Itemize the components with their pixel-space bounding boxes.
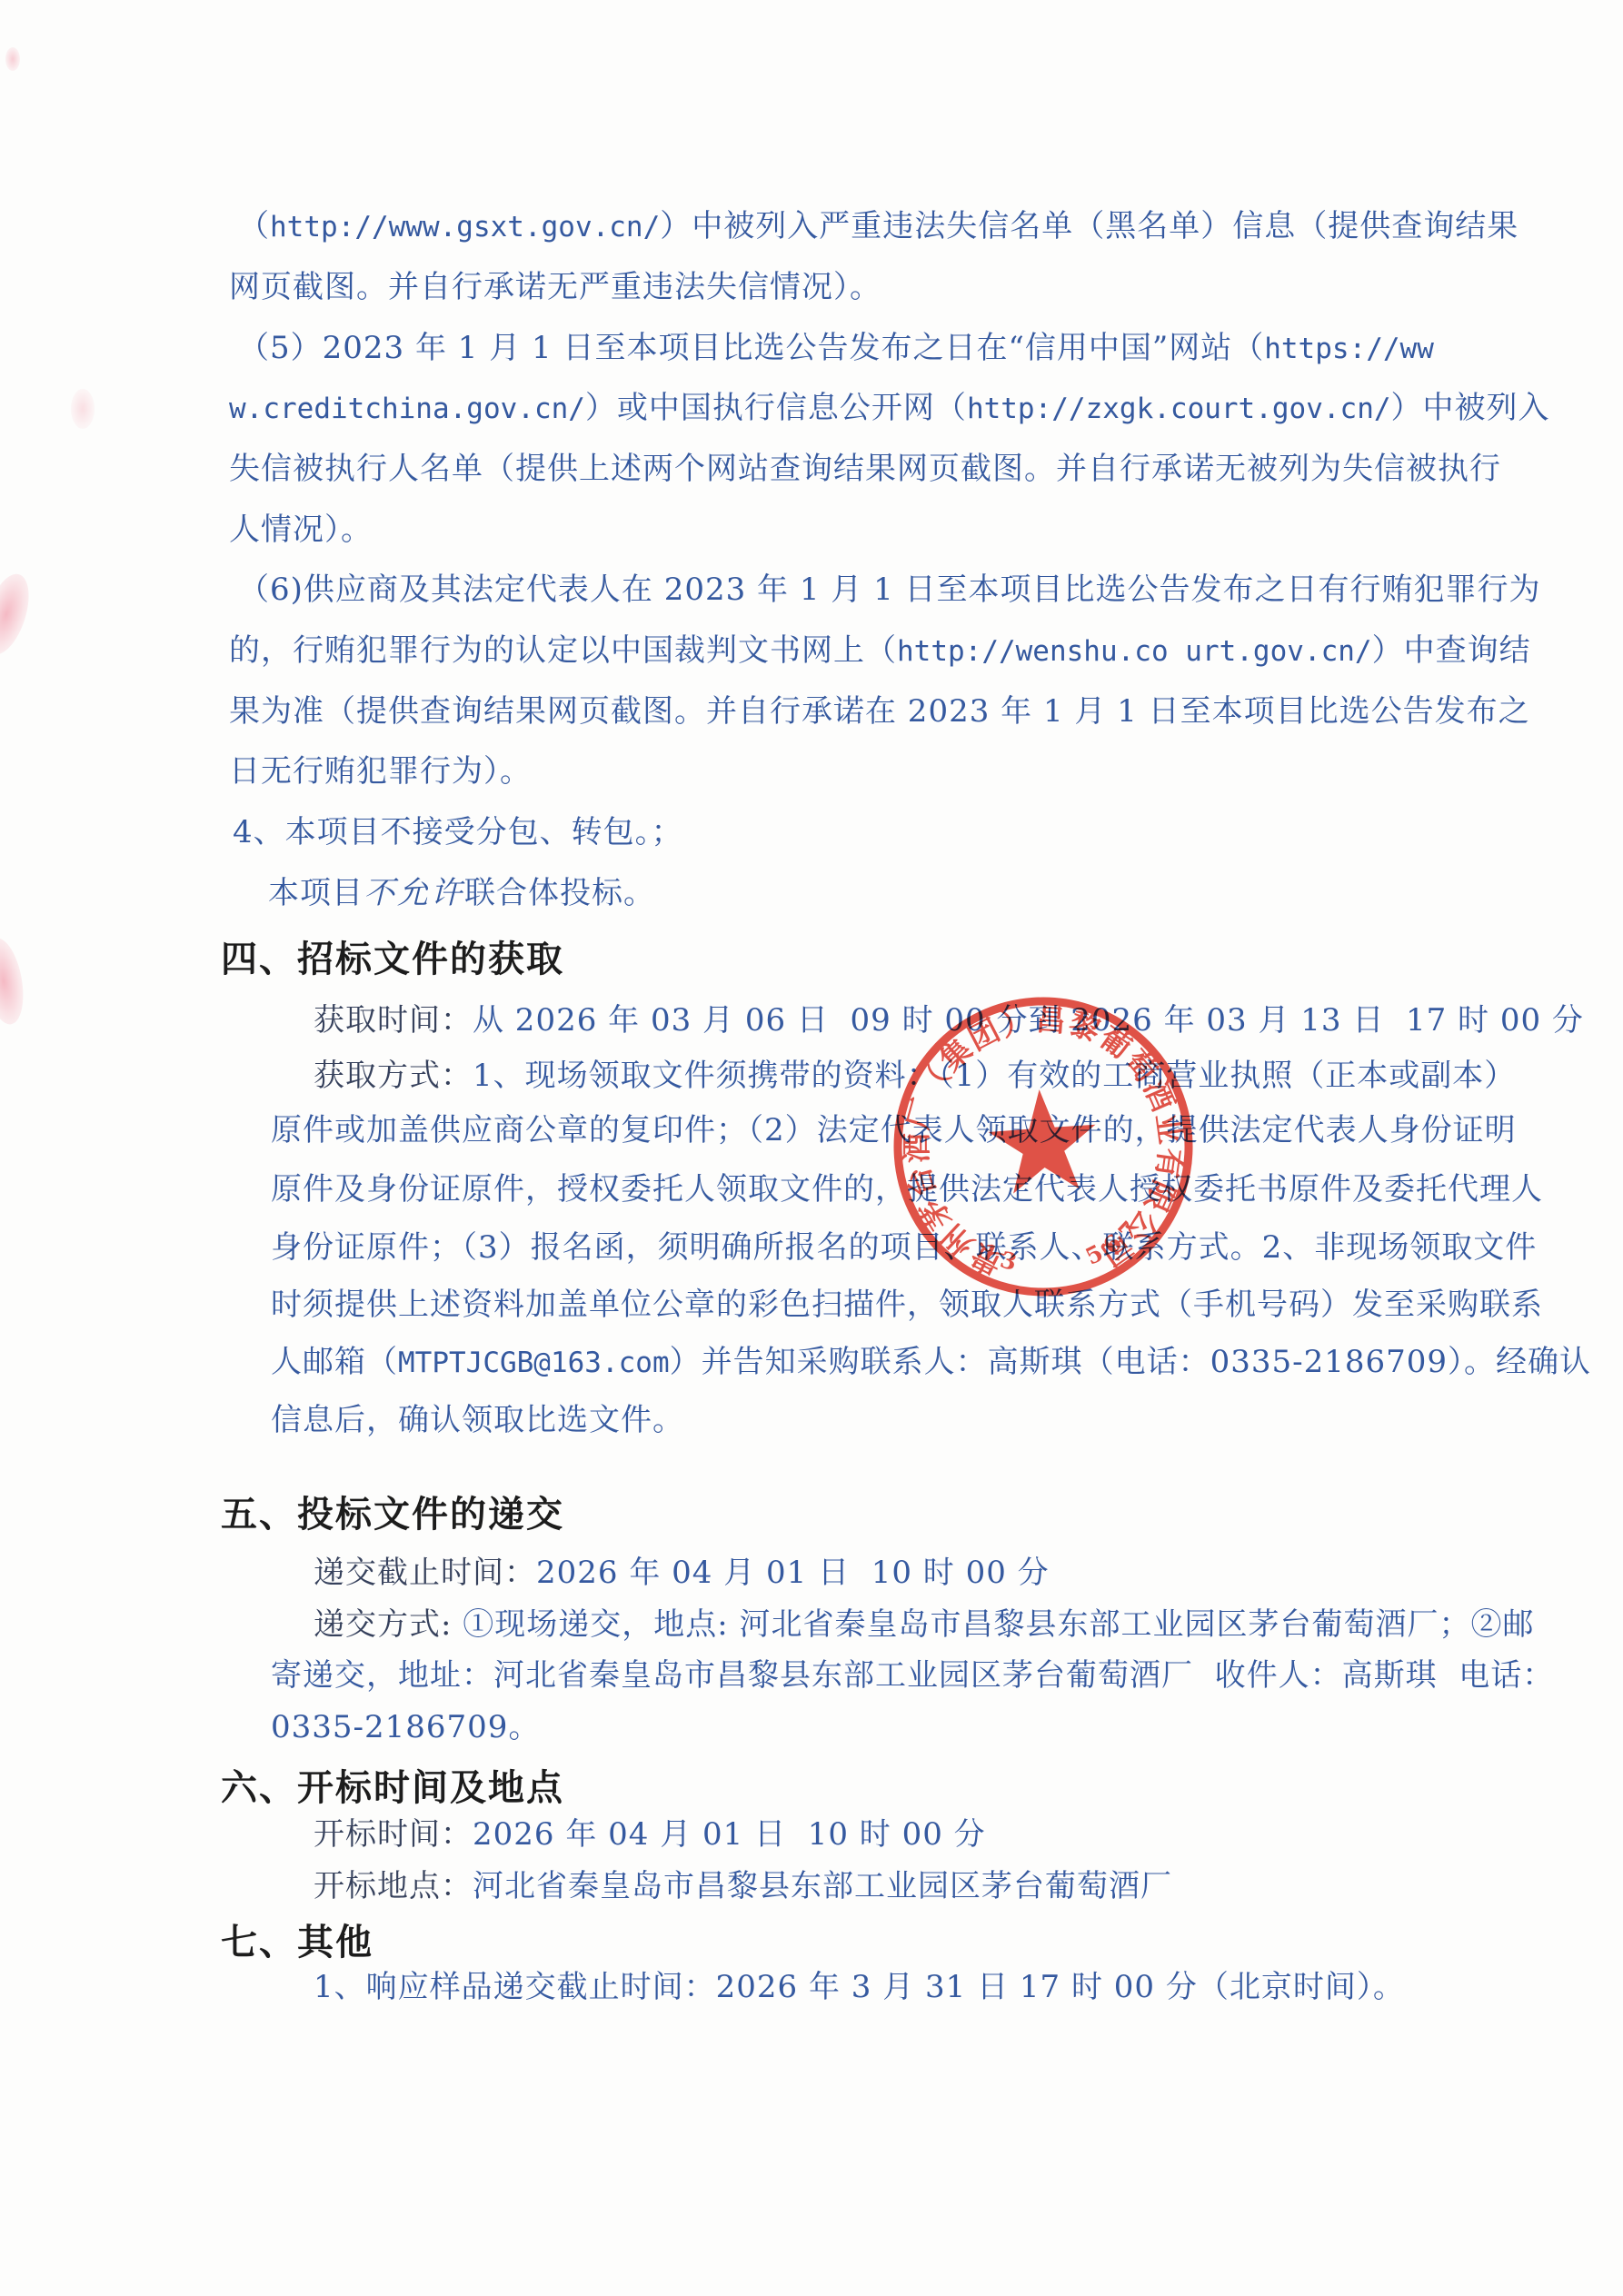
text-segment: 1、响应样品递交截止时间：2026 年 3 月 31 日 17 时 00 分（北… bbox=[314, 1969, 1405, 2005]
text-segment: 开标地点： bbox=[314, 1868, 473, 1904]
list-item-line: 4、本项目不接受分包、转包。； bbox=[233, 810, 683, 854]
text-segment: 六、开标时间及地点 bbox=[221, 1768, 564, 1808]
url-text: http://wenshu.co urt.gov.cn/ bbox=[897, 635, 1372, 668]
paragraph-line: 果为准（提供查询结果网页截图。并自行承诺在 2023 年 1 月 1 日至本项目… bbox=[229, 690, 1530, 733]
section-heading-4: 四、招标文件的获取 bbox=[221, 938, 564, 981]
text-segment: ①现场递交，地点: 河北省秦皇岛市昌黎县东部工业园区茅台葡萄酒厂；②邮 bbox=[452, 1606, 1534, 1643]
text-segment: （6)供应商及其法定代表人在 2023 年 1 月 1 日至本项目比选公告发布之… bbox=[238, 572, 1541, 608]
paragraph-line: 日无行贿犯罪行为）。 bbox=[229, 750, 532, 793]
text-segment: 寄递交，地址：河北省秦皇岛市昌黎县东部工业园区茅台葡萄酒厂 收件人：高斯琪 电话… bbox=[271, 1657, 1554, 1694]
text-segment: 从 2026 年 03 月 06 日 09 时 00 分到 2026 年 03 … bbox=[473, 1002, 1584, 1039]
field-line: 获取时间：从 2026 年 03 月 06 日 09 时 00 分到 2026 … bbox=[314, 999, 1584, 1042]
field-line: 递交方式: ①现场递交，地点: 河北省秦皇岛市昌黎县东部工业园区茅台葡萄酒厂；②… bbox=[314, 1603, 1535, 1646]
text-segment: 递交截止时间： bbox=[314, 1555, 536, 1591]
text-segment: （5）2023 年 1 月 1 日至本项目比选公告发布之日在“信用中国”网站（ bbox=[238, 330, 1264, 366]
paragraph-line: 寄递交，地址：河北省秦皇岛市昌黎县东部工业园区茅台葡萄酒厂 收件人：高斯琪 电话… bbox=[271, 1654, 1554, 1697]
field-line: 开标地点：河北省秦皇岛市昌黎县东部工业园区茅台葡萄酒厂 bbox=[314, 1864, 1172, 1908]
text-segment: 日无行贿犯罪行为）。 bbox=[229, 753, 532, 790]
paragraph-line: （5）2023 年 1 月 1 日至本项目比选公告发布之日在“信用中国”网站（h… bbox=[238, 326, 1434, 371]
text-segment: 开标时间： bbox=[314, 1816, 473, 1853]
paragraph-line: 时须提供上述资料加盖单位公章的彩色扫描件，领取人联系方式（手机号码）发至采购联系 bbox=[271, 1283, 1543, 1327]
document-page: （http://www.gsxt.gov.cn/）中被列入严重违法失信名单（黑名… bbox=[0, 0, 1623, 2296]
section-heading-7: 七、其他 bbox=[221, 1921, 373, 1964]
paragraph-line: 身份证原件；（3）报名函，须明确所报名的项目、联系人、联系方式。2、非现场领取文… bbox=[271, 1226, 1537, 1269]
url-text: http://zxgk.court.gov.cn/ bbox=[967, 393, 1391, 425]
url-text: w.creditchina.gov.cn/ bbox=[229, 393, 585, 425]
paragraph-line: 网页截图。并自行承诺无严重违法失信情况）。 bbox=[229, 265, 881, 309]
paragraph-line: 原件或加盖供应商公章的复印件；（2）法定代表人领取文件的，提供法定代表人身份证明 bbox=[271, 1108, 1517, 1152]
text-segment: 七、其他 bbox=[221, 1923, 373, 1963]
paragraph-line: （6)供应商及其法定代表人在 2023 年 1 月 1 日至本项目比选公告发布之… bbox=[238, 568, 1541, 611]
text-segment: 时须提供上述资料加盖单位公章的彩色扫描件，领取人联系方式（手机号码）发至采购联系 bbox=[271, 1287, 1543, 1323]
paragraph-line: 人情况）。 bbox=[229, 508, 373, 552]
text-segment: 0335-2186709。 bbox=[271, 1709, 540, 1745]
text-segment: 五、投标文件的递交 bbox=[221, 1495, 564, 1535]
section-heading-5: 五、投标文件的递交 bbox=[221, 1493, 564, 1536]
text-segment: 身份证原件；（3）报名函，须明确所报名的项目、联系人、联系方式。2、非现场领取文… bbox=[271, 1229, 1537, 1266]
paragraph-line: 0335-2186709。 bbox=[271, 1705, 540, 1749]
text-segment: 联合体投标。 bbox=[464, 875, 655, 911]
scan-smudge bbox=[0, 569, 37, 660]
text-segment: 原件及身份证原件，授权委托人领取文件的，提供法定代表人授权委托书原件及委托代理人 bbox=[271, 1171, 1543, 1208]
scan-smudge bbox=[0, 935, 29, 1027]
paragraph-line: 失信被执行人名单（提供上述两个网站查询结果网页截图。并自行承诺无被列为失信被执行 bbox=[229, 447, 1501, 491]
paragraph-line: w.creditchina.gov.cn/）或中国执行信息公开网（http://… bbox=[229, 386, 1550, 431]
paragraph-line: 人邮箱（MTPTJCGB@163.com）并告知采购联系人：高斯琪（电话：033… bbox=[271, 1340, 1591, 1385]
text-segment: 获取时间： bbox=[314, 1002, 473, 1039]
text-segment: ）中被列入严重违法失信名单（黑名单）信息（提供查询结果 bbox=[660, 208, 1518, 244]
field-line: 开标时间：2026 年 04 月 01 日 10 时 00 分 bbox=[314, 1813, 986, 1856]
text-segment: 人情况）。 bbox=[229, 512, 373, 548]
text-segment: 果为准（提供查询结果网页截图。并自行承诺在 2023 年 1 月 1 日至本项目… bbox=[229, 693, 1530, 730]
url-text: https://ww bbox=[1264, 333, 1434, 365]
text-segment: 递交方式: bbox=[314, 1606, 452, 1643]
text-segment: 网页截图。并自行承诺无严重违法失信情况）。 bbox=[229, 269, 881, 305]
text-segment: ）或中国执行信息公开网（ bbox=[585, 390, 967, 426]
text-segment: 本项目 bbox=[268, 875, 363, 911]
text-segment: 河北省秦皇岛市昌黎县东部工业园区茅台葡萄酒厂 bbox=[473, 1868, 1172, 1904]
url-text: http://www.gsxt.gov.cn/ bbox=[270, 211, 660, 244]
text-segment: 不允许 bbox=[363, 875, 464, 911]
list-item-line: 1、响应样品递交截止时间：2026 年 3 月 31 日 17 时 00 分（北… bbox=[314, 1965, 1405, 2009]
scan-smudge bbox=[71, 389, 95, 429]
text-segment: 2026 年 04 月 01 日 10 时 00 分 bbox=[473, 1816, 986, 1853]
text-segment: 2026 年 04 月 01 日 10 时 00 分 bbox=[536, 1555, 1050, 1591]
section-heading-6: 六、开标时间及地点 bbox=[221, 1766, 564, 1810]
field-line: 递交截止时间：2026 年 04 月 01 日 10 时 00 分 bbox=[314, 1551, 1050, 1595]
text-segment: （ bbox=[238, 208, 270, 244]
paragraph-line: 的，行贿犯罪行为的认定以中国裁判文书网上（http://wenshu.co ur… bbox=[229, 629, 1531, 673]
text-segment: 四、招标文件的获取 bbox=[221, 939, 564, 979]
paragraph-line: （http://www.gsxt.gov.cn/）中被列入严重违法失信名单（黑名… bbox=[238, 204, 1518, 249]
field-line: 获取方式：1、现场领取文件须携带的资料：（1）有效的工商营业执照（正本或副本） bbox=[314, 1054, 1516, 1098]
text-segment: 4、本项目不接受分包、转包。； bbox=[233, 814, 683, 850]
text-segment: 信息后，确认领取比选文件。 bbox=[271, 1402, 684, 1438]
text-segment: 1、现场领取文件须携带的资料：（1）有效的工商营业执照（正本或副本） bbox=[473, 1058, 1516, 1094]
text-segment: 原件或加盖供应商公章的复印件；（2）法定代表人领取文件的，提供法定代表人身份证明 bbox=[271, 1112, 1517, 1148]
text-segment: ）并告知采购联系人：高斯琪（电话：0335-2186709）。经确认 bbox=[670, 1344, 1591, 1380]
paragraph-line: 本项目不允许联合体投标。 bbox=[268, 871, 655, 915]
text-segment: ）中被列入 bbox=[1391, 390, 1550, 426]
text-segment: 的，行贿犯罪行为的认定以中国裁判文书网上（ bbox=[229, 632, 897, 669]
text-segment: 失信被执行人名单（提供上述两个网站查询结果网页截图。并自行承诺无被列为失信被执行 bbox=[229, 451, 1501, 487]
text-segment: 人邮箱（ bbox=[271, 1344, 398, 1380]
url-text: MTPTJCGB@163.com bbox=[398, 1347, 670, 1379]
paragraph-line: 信息后，确认领取比选文件。 bbox=[271, 1398, 684, 1442]
text-segment: 获取方式： bbox=[314, 1058, 473, 1094]
text-segment: ）中查询结 bbox=[1372, 632, 1531, 669]
paragraph-line: 原件及身份证原件，授权委托人领取文件的，提供法定代表人授权委托书原件及委托代理人 bbox=[271, 1168, 1543, 1211]
scan-smudge bbox=[5, 47, 20, 71]
